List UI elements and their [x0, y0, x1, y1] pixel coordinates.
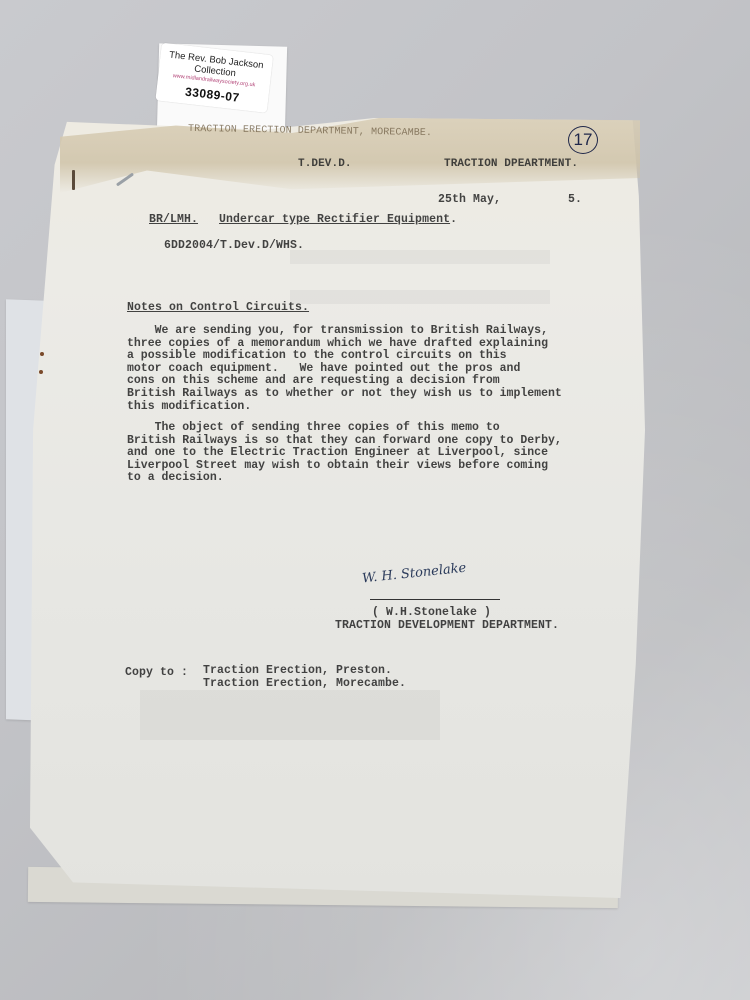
subject-period: . [450, 213, 457, 226]
from-reference: T.DEV.D. [298, 158, 352, 170]
subject-title: Undercar type Rectifier Equipment [219, 213, 450, 226]
collection-label-card: The Rev. Bob Jackson Collection www.midl… [157, 43, 287, 136]
copy-to-recipient: Traction Erection, Preston. [203, 664, 392, 677]
from-department: TRACTION DPEARTMENT. [444, 158, 578, 170]
show-through-text [290, 290, 550, 304]
subject-line: BR/LMH. Undercar type Rectifier Equipmen… [149, 213, 457, 226]
memo-paper [30, 118, 645, 898]
show-through-text [140, 690, 440, 740]
rust-spot-icon [39, 370, 43, 374]
rust-spot-icon [40, 352, 44, 356]
signatory-name: ( W.H.Stonelake ) [372, 606, 491, 619]
reference-number: 6DD2004/T.Dev.D/WHS. [164, 239, 304, 252]
copy-to-label: Copy to : [125, 666, 188, 679]
subject-ref: BR/LMH. [149, 213, 198, 226]
copy-to-recipient: Traction Erection, Morecambe. [203, 677, 406, 690]
section-heading: Notes on Control Circuits. [127, 301, 309, 314]
collection-label-sticker: The Rev. Bob Jackson Collection www.midl… [155, 43, 273, 113]
page-number-circled: 17 [568, 126, 598, 154]
signatory-department: TRACTION DEVELOPMENT DEPARTMENT. [335, 619, 559, 632]
paragraph-2: The object of sending three copies of th… [127, 422, 617, 485]
signature-line [370, 599, 500, 600]
show-through-text [290, 250, 550, 264]
punch-hole-icon [72, 170, 75, 190]
year-suffix: 5. [568, 193, 582, 206]
paragraph-1: We are sending you, for transmission to … [127, 325, 617, 413]
memo-date: 25th May, [438, 193, 501, 206]
